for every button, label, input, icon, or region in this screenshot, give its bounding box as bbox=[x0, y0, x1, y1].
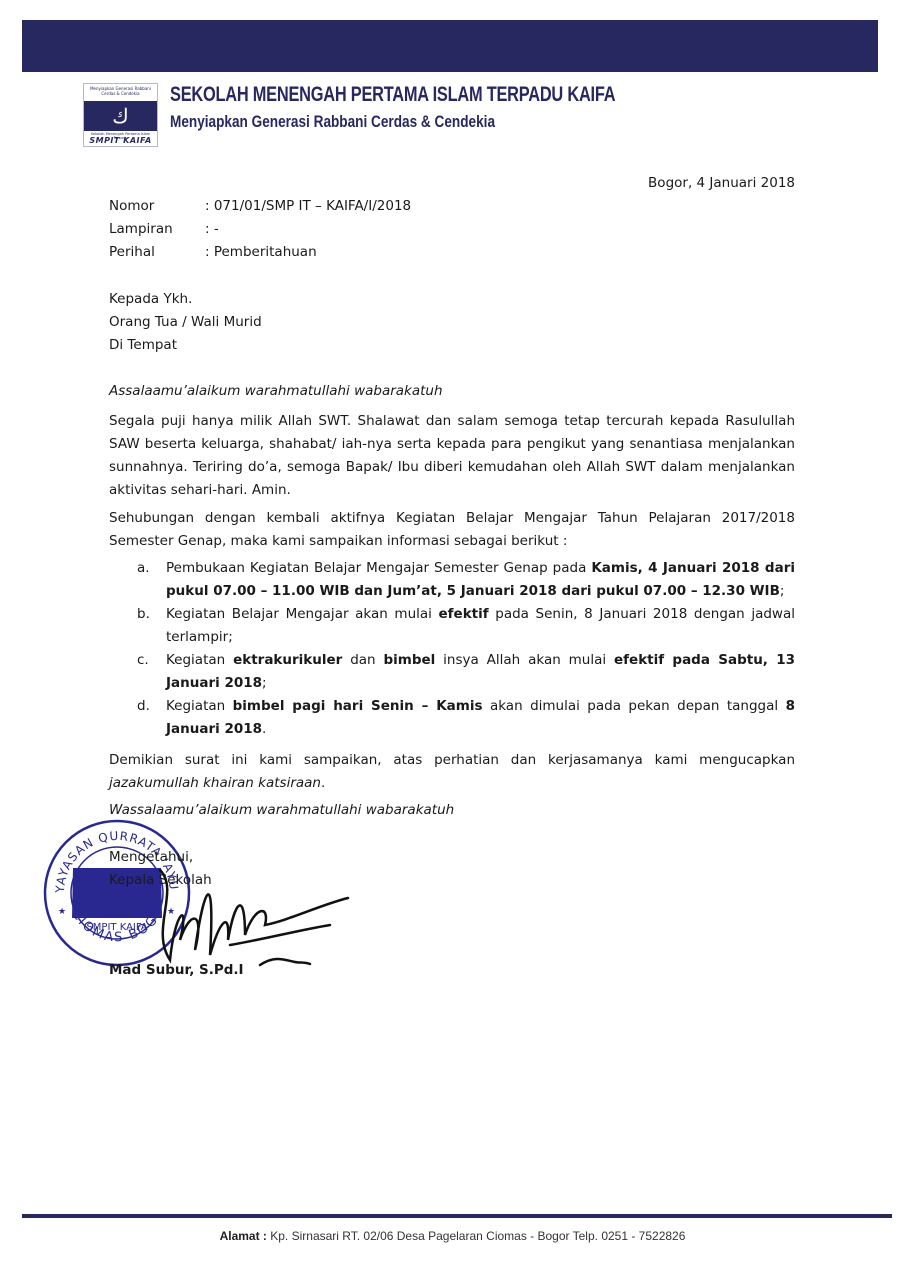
meta-label: Nomor bbox=[109, 195, 205, 218]
closing-paragraph: Demikian surat ini kami sampaikan, atas … bbox=[109, 749, 795, 795]
closing-italic: jazakumullah khairan katsiraan bbox=[109, 775, 321, 791]
recipient-line: Kepada Ykh. bbox=[109, 288, 795, 311]
recipient-line: Di Tempat bbox=[109, 334, 795, 357]
bold-text: efektif bbox=[439, 606, 489, 622]
text: . bbox=[262, 721, 266, 737]
logo-top-text: Menyiapkan Generasi Rabbani Cerdas & Cen… bbox=[84, 84, 157, 101]
place-date: Bogor, 4 Januari 2018 bbox=[648, 172, 795, 195]
footer-text: Kp. Sirnasari RT. 02/06 Desa Pagelaran C… bbox=[267, 1229, 685, 1243]
header-banner bbox=[22, 20, 878, 72]
meta-row: Nomor: 071/01/SMP IT – KAIFA/I/2018 bbox=[109, 195, 411, 218]
list-item: d.Kegiatan bimbel pagi hari Senin – Kami… bbox=[109, 695, 795, 741]
meta-row: Lampiran: - bbox=[109, 218, 219, 241]
farewell: Wassalaamu’alaikum warahmatullahi wabara… bbox=[109, 799, 795, 822]
text: dan bbox=[342, 652, 383, 668]
recipient-block: Kepada Ykh. Orang Tua / Wali Murid Di Te… bbox=[109, 288, 795, 357]
signer-name: Mad Subur, S.Pd.I bbox=[109, 959, 244, 982]
text: Kegiatan Belajar Mengajar akan mulai bbox=[166, 606, 439, 622]
closing-end: . bbox=[321, 775, 325, 791]
meta-label: Perihal bbox=[109, 241, 205, 264]
greeting: Assalaamu’alaikum warahmatullahi wabarak… bbox=[109, 380, 795, 403]
list-text: Pembukaan Kegiatan Belajar Mengajar Seme… bbox=[166, 557, 795, 603]
meta-row: Perihal: Pemberitahuan bbox=[109, 241, 317, 264]
list-marker: d. bbox=[109, 695, 166, 741]
text: Kegiatan bbox=[166, 652, 233, 668]
paragraph-intro: Sehubungan dengan kembali aktifnya Kegia… bbox=[109, 507, 795, 553]
svg-text:★: ★ bbox=[58, 907, 66, 917]
school-tagline: Menyiapkan Generasi Rabbani Cerdas & Cen… bbox=[170, 112, 495, 132]
list-item: b.Kegiatan Belajar Mengajar akan mulai e… bbox=[109, 603, 795, 649]
text: Kegiatan bbox=[166, 698, 233, 714]
list-text: Kegiatan ektrakurikuler dan bimbel insya… bbox=[166, 649, 795, 695]
logo-bottom-text: SMPIT KAIFA bbox=[84, 136, 157, 145]
meta-value: : 071/01/SMP IT – KAIFA/I/2018 bbox=[205, 198, 411, 214]
recipient-line: Orang Tua / Wali Murid bbox=[109, 311, 795, 334]
school-name: SEKOLAH MENENGAH PERTAMA ISLAM TERPADU K… bbox=[170, 83, 615, 107]
meta-label: Lampiran bbox=[109, 218, 205, 241]
paragraph-opening: Segala puji hanya milik Allah SWT. Shala… bbox=[109, 410, 795, 502]
list-text: Kegiatan Belajar Mengajar akan mulai efe… bbox=[166, 603, 795, 649]
list-marker: c. bbox=[109, 649, 166, 695]
footer-address: Alamat : Kp. Sirnasari RT. 02/06 Desa Pa… bbox=[0, 1229, 905, 1243]
bold-text: bimbel bbox=[384, 652, 436, 668]
list-marker: b. bbox=[109, 603, 166, 649]
text: akan dimulai pada pekan depan tanggal bbox=[483, 698, 786, 714]
text: Pembukaan Kegiatan Belajar Mengajar Seme… bbox=[166, 560, 591, 576]
meta-value: : - bbox=[205, 221, 219, 237]
list-item: c.Kegiatan ektrakurikuler dan bimbel ins… bbox=[109, 649, 795, 695]
logo-glyph: ك bbox=[84, 101, 157, 131]
footer-label: Alamat : bbox=[220, 1229, 267, 1243]
text: insya Allah akan mulai bbox=[435, 652, 614, 668]
bold-text: ektrakurikuler bbox=[233, 652, 342, 668]
bold-text: bimbel pagi hari Senin – Kamis bbox=[233, 698, 483, 714]
closing-text: Demikian surat ini kami sampaikan, atas … bbox=[109, 752, 795, 768]
info-list: a.Pembukaan Kegiatan Belajar Mengajar Se… bbox=[109, 557, 795, 741]
list-marker: a. bbox=[109, 557, 166, 603]
text: ; bbox=[262, 675, 267, 691]
footer-divider bbox=[22, 1214, 892, 1218]
school-logo: Menyiapkan Generasi Rabbani Cerdas & Cen… bbox=[83, 83, 158, 147]
text: ; bbox=[780, 583, 785, 599]
list-text: Kegiatan bimbel pagi hari Senin – Kamis … bbox=[166, 695, 795, 741]
meta-value: : Pemberitahuan bbox=[205, 244, 317, 260]
list-item: a.Pembukaan Kegiatan Belajar Mengajar Se… bbox=[109, 557, 795, 603]
